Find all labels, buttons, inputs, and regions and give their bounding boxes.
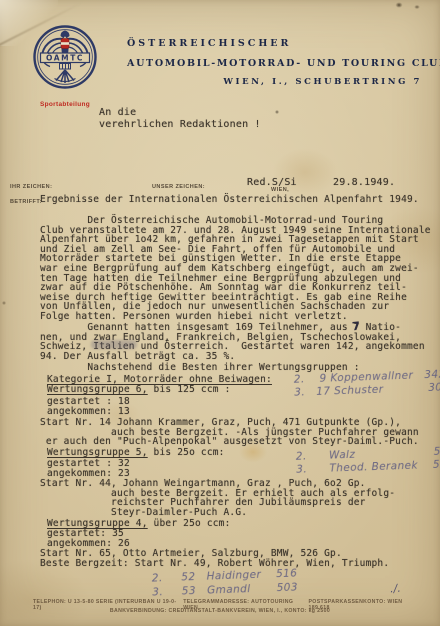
subject-line: Ergebnisse der Internationalen Österreic…: [40, 195, 419, 205]
handwritten-correction-7: 7: [351, 319, 360, 334]
group6-spec: bis 125 ccm :: [148, 384, 231, 395]
recipient-address: An die verehrlichen Redaktionen !: [99, 107, 261, 131]
scanned-letter: ÖAMTC Sportabteilung ÖSTERREICHISCHER AU…: [0, 0, 440, 626]
org-name-line2: AUTOMOBIL-MOTORRAD- UND TOURING CLUB: [127, 58, 422, 69]
group4-stats: gestartet: 35 angekommen: 26: [47, 529, 130, 548]
group5-heading: Wertungsgruppe 5, bis 25o ccm:: [47, 448, 225, 458]
group6-detail: Start Nr. 14 Johann Krammer, Graz, Puch,…: [40, 418, 419, 447]
ihr-zeichen-label: IHR ZEICHEN:: [10, 184, 52, 190]
place-label: WIEN,: [271, 187, 289, 193]
org-name-line1: ÖSTERREICHISCHER: [127, 38, 422, 49]
pencil-smudge-italien: [91, 340, 137, 349]
group6-heading: Wertungsgruppe 6, bis 125 ccm :: [47, 385, 231, 395]
group6-name: Wertungsgruppe 6,: [47, 384, 148, 395]
department-label: Sportabteilung: [30, 101, 100, 108]
group5-name: Wertungsgruppe 5,: [47, 447, 148, 458]
group5-detail: Start Nr. 44, Johann Weingartmann, Graz …: [40, 479, 395, 517]
group5-stats: gestartet : 32 angekommen: 23: [47, 459, 130, 478]
letter-date: 29.8.1949.: [333, 178, 395, 188]
oeamtc-logo: ÖAMTC: [30, 22, 100, 92]
logo-acronym: ÖAMTC: [46, 54, 84, 63]
group5-spec: bis 25o ccm:: [148, 447, 225, 458]
org-address: WIEN, I., SCHUBERTRING 7: [127, 77, 422, 87]
footer-bank-line: BANKVERBINDUNG: CREDITANSTALT-BANKVEREIN…: [0, 608, 440, 614]
group4-spec: über 25o ccm:: [148, 518, 231, 529]
group4-pencil-annotation: 2. 52 Haidinger 516 3. 53 Gmandl 503: [152, 566, 299, 599]
letterhead-org: ÖSTERREICHISCHER AUTOMOBIL-MOTORRAD- UND…: [127, 38, 422, 87]
eagle-emblem-icon: ÖAMTC: [30, 22, 100, 92]
group5-pencil-annotation: 2. Walz 548 3. Theod. Beranek 524: [296, 445, 440, 477]
body-closing-line: Nachstehend die Besten ihrer Wertungsgru…: [40, 363, 360, 373]
body-paragraph-1: Der Österreichische Automobil-Motorrad-u…: [40, 216, 431, 322]
unser-zeichen-label: UNSER ZEICHEN:: [152, 184, 205, 190]
group6-pencil-annotation: 2. 9 Koppenwallner 342 3. 17 Schuster 30…: [294, 368, 440, 399]
betrifft-label: BETRIFFT:: [10, 199, 42, 205]
group4-detail: Start Nr. 65, Otto Artmeier, Salzburg, B…: [40, 549, 389, 568]
pencil-end-mark: ./.: [390, 582, 402, 596]
group6-stats: gestartet : 18 angekommen: 13: [47, 397, 130, 416]
